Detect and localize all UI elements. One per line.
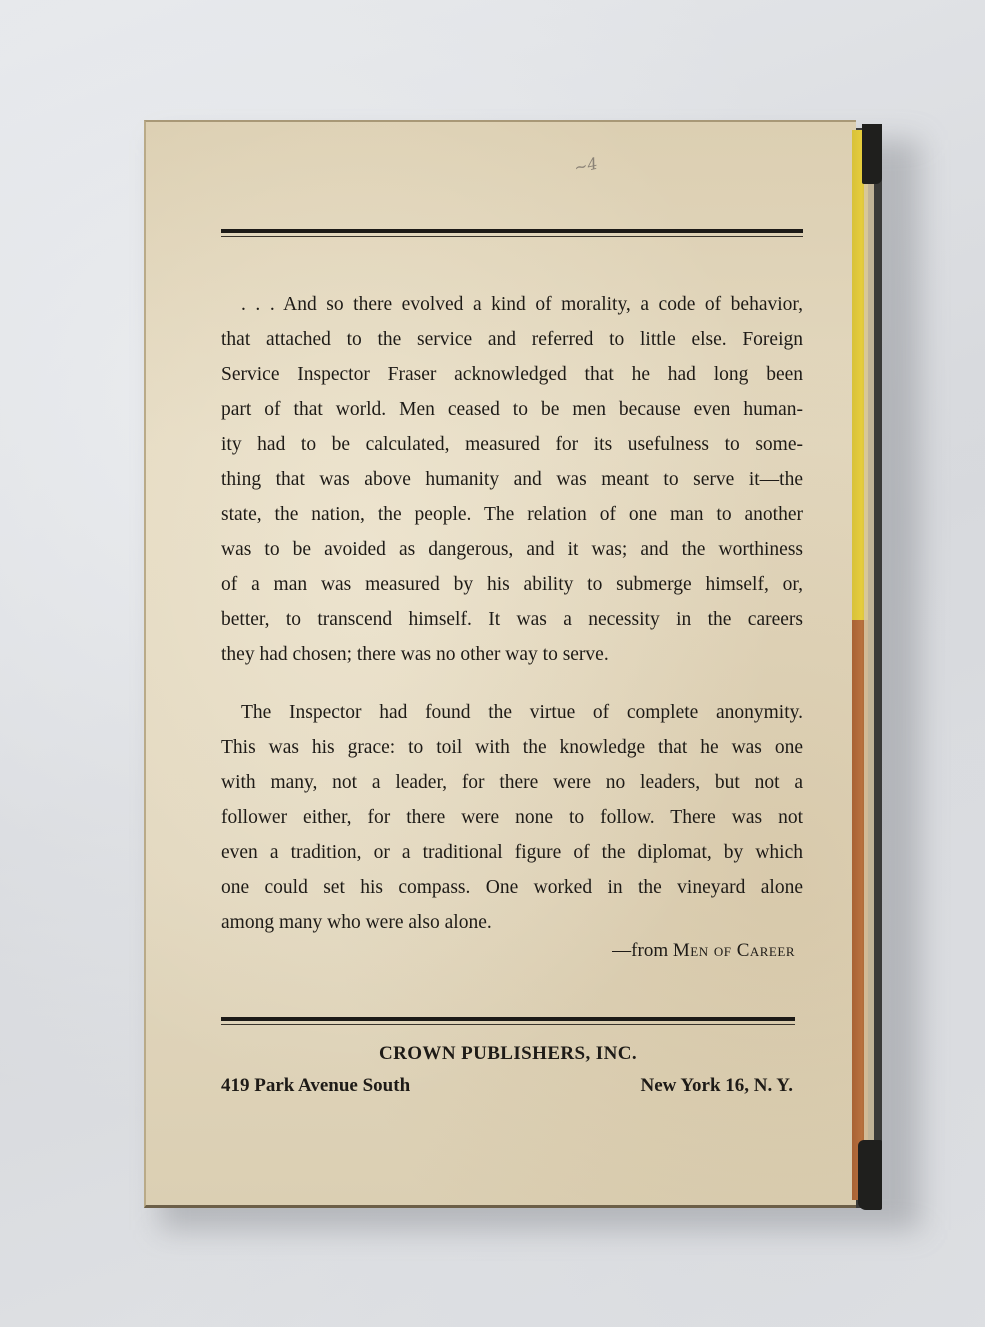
excerpt-paragraph-1: . . . And so there evolved a kind of mor… — [221, 287, 803, 672]
top-double-rule — [221, 229, 803, 233]
excerpt-line: with many, not a leader, for there were … — [221, 765, 803, 800]
excerpt-line: they had chosen; there was no other way … — [221, 637, 803, 672]
excerpt-line: that attached to the service and referre… — [221, 322, 803, 357]
torn-corner-top — [862, 124, 882, 184]
excerpt-line: follower either, for there were none to … — [221, 800, 803, 835]
excerpt-line: even a tradition, or a traditional figur… — [221, 835, 803, 870]
excerpt-line: The Inspector had found the virtue of co… — [221, 695, 803, 730]
excerpt-line: was to be avoided as dangerous, and it w… — [221, 532, 803, 567]
excerpt-line: This was his grace: to toil with the kno… — [221, 730, 803, 765]
excerpt-attribution: —from Men of Career — [612, 940, 795, 962]
excerpt-line: ity had to be calculated, measured for i… — [221, 427, 803, 462]
jacket-torn-edge — [864, 130, 874, 1200]
excerpt-line: better, to transcend himself. It was a n… — [221, 602, 803, 637]
publisher-address: 419 Park Avenue South — [221, 1075, 410, 1097]
attribution-prefix: —from — [612, 940, 673, 961]
excerpt-line: . . . And so there evolved a kind of mor… — [221, 287, 803, 322]
torn-corner-bottom — [858, 1140, 882, 1210]
publisher-city: New York 16, N. Y. — [640, 1075, 793, 1097]
excerpt-line: among many who were also alone. — [221, 905, 803, 940]
excerpt-line: Service Inspector Fraser acknowledged th… — [221, 357, 803, 392]
excerpt-line: of a man was measured by his ability to … — [221, 567, 803, 602]
excerpt-line: thing that was above humanity and was me… — [221, 462, 803, 497]
publisher-name: CROWN PUBLISHERS, INC. — [221, 1043, 795, 1065]
excerpt-paragraph-2: The Inspector had found the virtue of co… — [221, 695, 803, 940]
excerpt-line: part of that world. Men ceased to be men… — [221, 392, 803, 427]
attribution-book-title: Men of Career — [673, 940, 795, 961]
excerpt-line: one could set his compass. One worked in… — [221, 870, 803, 905]
excerpt-line: state, the nation, the people. The relat… — [221, 497, 803, 532]
bottom-double-rule — [221, 1017, 795, 1021]
